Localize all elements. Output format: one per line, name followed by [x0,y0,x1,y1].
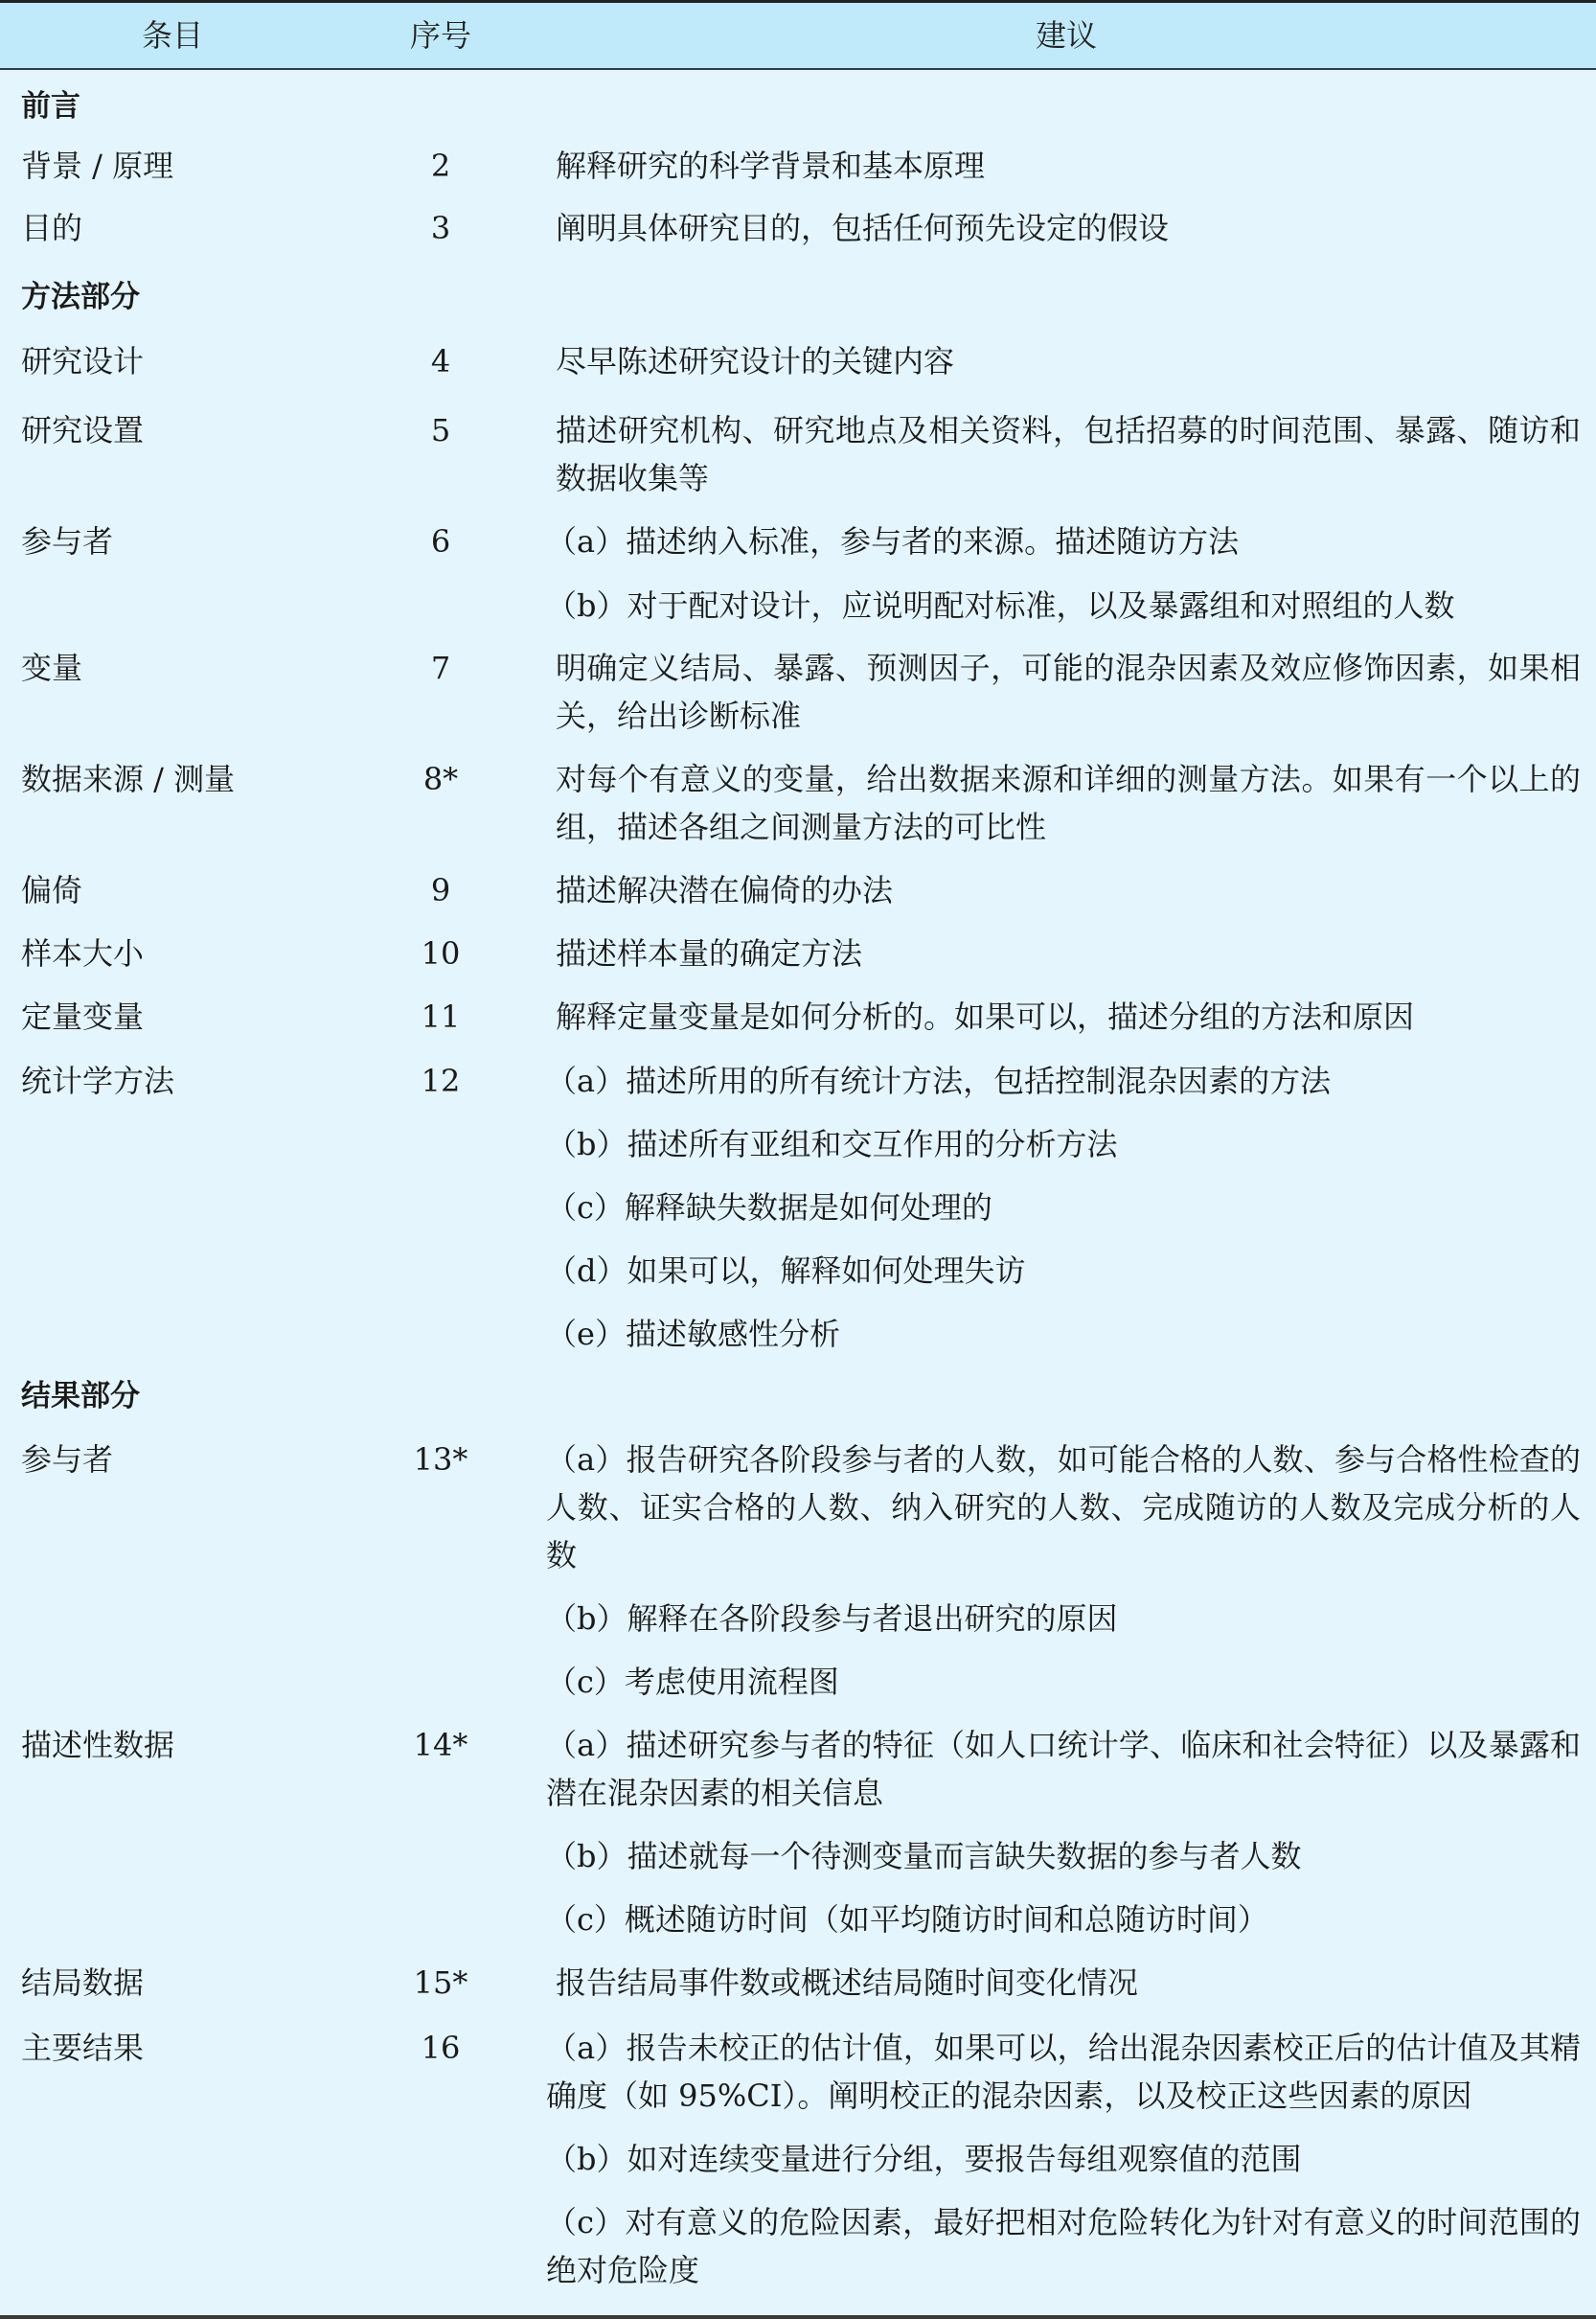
recommendation-text: 阐明具体研究目的，包括任何预先设定的假设 [556,204,1581,252]
item-number: 3 [383,204,498,252]
header-number: 序号 [383,3,498,68]
item-label: 结局数据 [21,1959,144,2007]
item-label: 描述性数据 [21,1721,174,1769]
recommendation-text: （a）报告研究各阶段参与者的人数，如可能合格的人数、参与合格性检查的人数、证实合… [546,1435,1581,1579]
recommendation-text: （a）描述研究参与者的特征（如人口统计学、临床和社会特征）以及暴露和潜在混杂因素… [546,1721,1581,1817]
section-heading: 前言 [21,82,80,130]
item-number: 9 [383,866,498,914]
header-recommendation: 建议 [536,3,1596,68]
recommendation-text: （c）解释缺失数据是如何处理的 [546,1183,1581,1231]
recommendation-text: （c）概述随访时间（如平均随访时间和总随访时间） [546,1895,1581,1943]
item-label: 背景 / 原理 [21,142,173,190]
recommendation-text: （a）描述纳入标准，参与者的来源。描述随访方法 [546,517,1581,565]
recommendation-text: （b）对于配对设计，应说明配对标准，以及暴露组和对照组的人数 [546,582,1581,630]
recommendation-text: （a）报告未校正的估计值，如果可以，给出混杂因素校正后的估计值及其精确度（如 9… [546,2024,1581,2120]
recommendation-text: （c）对有意义的危险因素，最好把相对危险转化为针对有意义的时间范围的绝对危险度 [546,2198,1581,2294]
item-label: 偏倚 [21,866,82,914]
item-label: 变量 [21,644,82,692]
item-label: 参与者 [21,517,113,565]
recommendation-text: （b）如对连续变量进行分组，要报告每组观察值的范围 [546,2135,1581,2183]
recommendation-text: 描述样本量的确定方法 [556,930,1581,977]
section-heading: 结果部分 [21,1372,140,1420]
table-header-row: 条目 序号 建议 [0,3,1596,70]
item-number: 11 [383,993,498,1041]
recommendation-text: （b）解释在各阶段参与者退出研究的原因 [546,1595,1581,1642]
item-number: 5 [383,406,498,454]
section-heading: 方法部分 [21,273,140,321]
recommendation-text: （e）描述敏感性分析 [546,1310,1581,1358]
recommendation-text: （a）描述所用的所有统计方法，包括控制混杂因素的方法 [546,1057,1581,1105]
recommendation-text: 对每个有意义的变量，给出数据来源和详细的测量方法。如果有一个以上的组，描述各组之… [556,755,1581,851]
recommendation-text: （b）描述就每一个待测变量而言缺失数据的参与者人数 [546,1832,1581,1880]
recommendation-text: 描述研究机构、研究地点及相关资料，包括招募的时间范围、暴露、随访和数据收集等 [556,406,1581,502]
item-label: 统计学方法 [21,1057,174,1105]
item-number: 4 [383,337,498,385]
strobe-checklist-table: 条目 序号 建议 前言背景 / 原理2解释研究的科学背景和基本原理目的3阐明具体… [0,0,1596,2319]
recommendation-text: （c）考虑使用流程图 [546,1658,1581,1706]
recommendation-text: 报告结局事件数或概述结局随时间变化情况 [556,1959,1581,2007]
recommendation-text: 尽早陈述研究设计的关键内容 [556,337,1581,385]
recommendation-text: （d）如果可以，解释如何处理失访 [546,1247,1581,1295]
table-bottom-rule [0,2315,1596,2319]
item-label: 主要结果 [21,2024,144,2072]
item-label: 研究设计 [21,337,144,385]
item-label: 数据来源 / 测量 [21,755,235,803]
item-label: 定量变量 [21,993,144,1041]
item-number: 15* [383,1959,498,2007]
item-label: 目的 [21,204,82,252]
recommendation-text: 解释定量变量是如何分析的。如果可以，描述分组的方法和原因 [556,993,1581,1041]
header-item: 条目 [0,3,345,68]
item-label: 参与者 [21,1435,113,1483]
item-number: 2 [383,142,498,190]
item-number: 16 [383,2024,498,2072]
item-number: 13* [383,1435,498,1483]
recommendation-text: 描述解决潜在偏倚的办法 [556,866,1581,914]
recommendation-text: 明确定义结局、暴露、预测因子，可能的混杂因素及效应修饰因素，如果相关，给出诊断标… [556,644,1581,740]
item-number: 8* [383,755,498,803]
item-number: 10 [383,930,498,977]
item-label: 样本大小 [21,930,144,977]
item-number: 7 [383,644,498,692]
item-label: 研究设置 [21,406,144,454]
item-number: 6 [383,517,498,565]
recommendation-text: （b）描述所有亚组和交互作用的分析方法 [546,1120,1581,1168]
item-number: 14* [383,1721,498,1769]
item-number: 12 [383,1057,498,1105]
recommendation-text: 解释研究的科学背景和基本原理 [556,142,1581,190]
